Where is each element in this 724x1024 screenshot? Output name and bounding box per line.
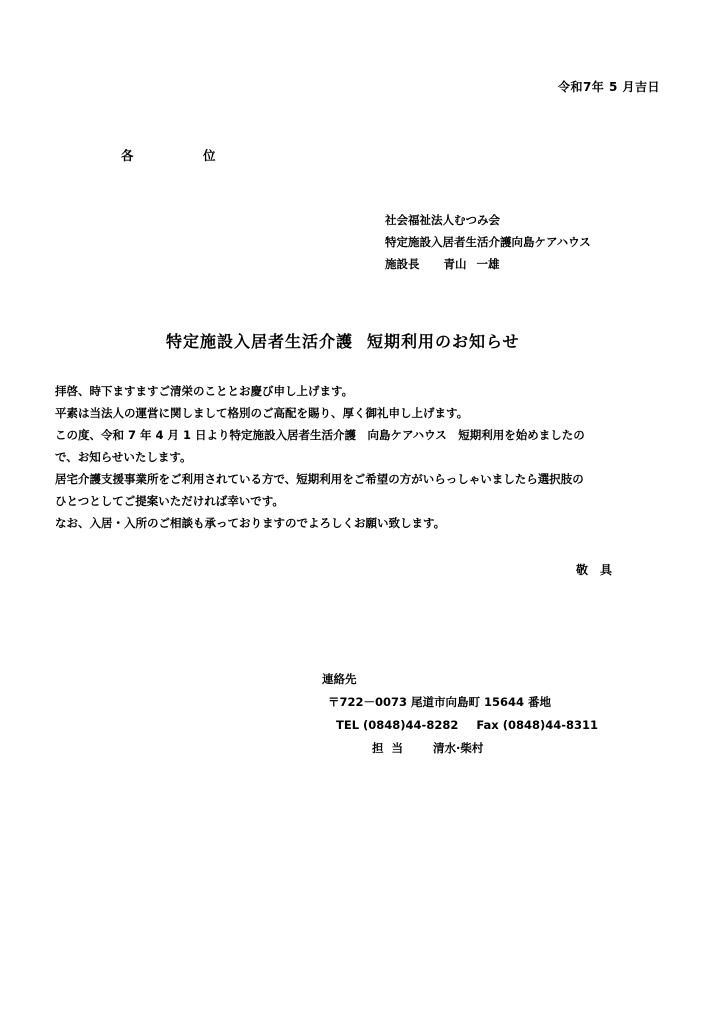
person-names: 清水·柴村 bbox=[433, 741, 483, 755]
document-date: 令和7年 5 月吉日 bbox=[558, 78, 660, 95]
document-title: 特定施設入居者生活介護短期利用のお知らせ bbox=[166, 329, 520, 352]
sender-director: 施設長青山一雄 bbox=[385, 253, 591, 275]
sender-block: 社会福祉法人むつみ会 特定施設入居者生活介護向島ケアハウス 施設長青山一雄 bbox=[385, 209, 591, 275]
person-label-1: 担 bbox=[372, 741, 384, 755]
body-line: ひとつとしてご提案いただければ幸いです。 bbox=[55, 490, 670, 512]
contact-phone-fax: TEL (0848)44-8282Fax (0848)44-8311 bbox=[322, 714, 598, 737]
contact-fax: Fax (0848)44-8311 bbox=[476, 718, 598, 732]
director-surname: 青山 bbox=[444, 253, 467, 275]
closing-part-2: 具 bbox=[600, 563, 612, 577]
body-line: この度、令和 7 年 4 月 1 日より特定施設入居者生活介護 向島ケアハウス … bbox=[55, 424, 670, 446]
body-line: 居宅介護支援事業所をご利用されている方で、短期利用をご希望の方がいらっしゃいまし… bbox=[55, 468, 670, 490]
recipient-part-2: 位 bbox=[203, 148, 216, 163]
recipient-part-1: 各 bbox=[121, 146, 203, 164]
sender-facility: 特定施設入居者生活介護向島ケアハウス bbox=[385, 231, 591, 253]
body-line: なお、入居・入所のご相談も承っておりますのでよろしくお願い致します。 bbox=[55, 512, 670, 534]
title-part-1: 特定施設入居者生活介護 bbox=[166, 332, 353, 351]
director-title: 施設長 bbox=[385, 253, 420, 275]
sender-organization: 社会福祉法人むつみ会 bbox=[385, 209, 591, 231]
contact-person: 担当清水·柴村 bbox=[322, 737, 598, 760]
contact-block: 連絡先 〒722－0073 尾道市向島町 15644 番地 TEL (0848)… bbox=[322, 668, 598, 760]
body-line: 拝啓、時下ますますご清栄のこととお慶び申し上げます。 bbox=[55, 380, 670, 402]
body-line: 平素は当法人の運営に関しまして格別のご高配を賜り、厚く御礼申し上げます。 bbox=[55, 402, 670, 424]
contact-address: 〒722－0073 尾道市向島町 15644 番地 bbox=[322, 691, 598, 714]
body-paragraph: 拝啓、時下ますますご清栄のこととお慶び申し上げます。 平素は当法人の運営に関しま… bbox=[55, 380, 670, 534]
title-part-2: 短期利用のお知らせ bbox=[367, 332, 520, 351]
closing-part-1: 敬 bbox=[576, 563, 588, 577]
contact-heading: 連絡先 bbox=[322, 668, 598, 691]
body-line: で、お知らせいたします。 bbox=[55, 446, 670, 468]
recipient-salutation: 各位 bbox=[121, 146, 216, 164]
contact-tel: TEL (0848)44-8282 bbox=[336, 718, 458, 732]
director-given-name: 一雄 bbox=[477, 253, 500, 275]
person-label-2: 当 bbox=[392, 741, 404, 755]
closing-phrase: 敬具 bbox=[576, 561, 612, 578]
